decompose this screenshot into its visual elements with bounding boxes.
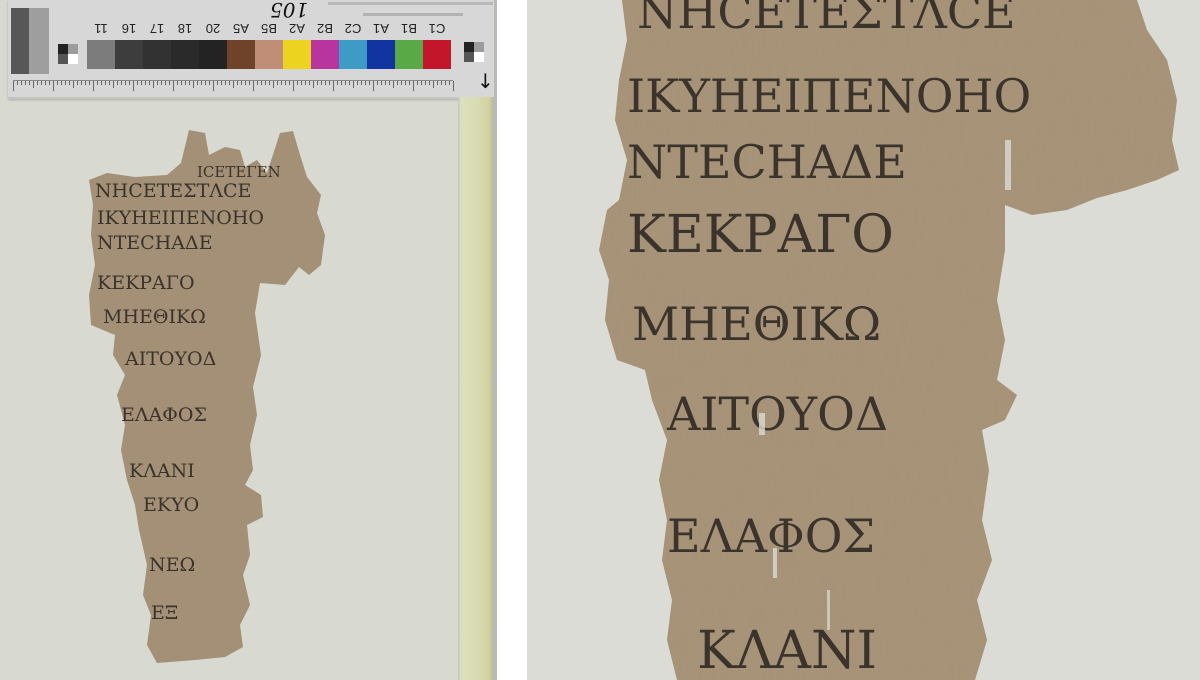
color-patch-16: 16 [115, 40, 143, 69]
color-patch-label: C1 [423, 21, 451, 36]
card-fine-print [328, 2, 493, 5]
color-patch-label: B5 [255, 21, 283, 36]
gray-scale-strip [11, 8, 49, 74]
svg-text:ΜΗΕΘΙΚΩ: ΜΗΕΘΙΚΩ [632, 297, 881, 351]
svg-text:ΙΚΥΗΕΙΠΕΝΟΗΟ: ΙΚΥΗΕΙΠΕΝΟΗΟ [97, 207, 264, 229]
card-fine-print-2 [363, 13, 463, 16]
color-patch-18: 18 [171, 40, 199, 69]
svg-text:ΝΤΕCΗΑΔΕ: ΝΤΕCΗΑΔΕ [627, 135, 907, 189]
svg-text:ΑΙΤΟΥΟΔ: ΑΙΤΟΥΟΔ [124, 348, 216, 370]
down-arrow-icon: ↓ [477, 71, 494, 91]
color-patch-11: 11 [87, 40, 115, 69]
svg-text:ΝΕΩ: ΝΕΩ [149, 554, 195, 576]
svg-text:ΚΛΑΝΙ: ΚΛΑΝΙ [129, 460, 195, 482]
color-patch-b5: B5 [255, 40, 283, 69]
color-patch-a1: A1 [367, 40, 395, 69]
color-patch-label: A1 [367, 21, 395, 36]
color-patch-label: 17 [143, 21, 171, 36]
registration-square-right [464, 42, 484, 62]
svg-text:ΝΤΕCΗΑΔΕ: ΝΤΕCΗΑΔΕ [97, 232, 213, 254]
svg-text:ΚΕΚΡΑΓΟ: ΚΕΚΡΑΓΟ [627, 205, 894, 265]
color-patch-row: 1116171820A5B5A2B2C2A1B1C1 [87, 40, 451, 69]
papyrus-fragment-small: ΙCΕΤΕΓΕΝ ΝΗCΕΤΕΣΤΛCΕ ΙΚΥΗΕΙΠΕΝΟΗΟ ΝΤΕCΗΑ… [85, 125, 335, 670]
svg-text:ΕΛΑΦΟΣ: ΕΛΑΦΟΣ [667, 509, 875, 563]
panel-edge [494, 0, 497, 680]
color-patch-17: 17 [143, 40, 171, 69]
papyrus-fragment-enlarged: ΝΗCΕΤΕΣΤΛCΕ ΙΚΥΗΕΙΠΕΝΟΗΟ ΝΤΕCΗΑΔΕ ΚΕΚΡΑΓ… [527, 0, 1200, 680]
color-patch-a2: A2 [283, 40, 311, 69]
svg-text:ΕΞ: ΕΞ [151, 602, 178, 624]
color-calibration-card: 105 1116171820A5B5A2B2C2A1B1C1 ↓ [8, 0, 494, 99]
svg-text:ΙΚΥΗΕΙΠΕΝΟΗΟ: ΙΚΥΗΕΙΠΕΝΟΗΟ [627, 69, 1031, 123]
svg-text:ΝΗCΕΤΕΣΤΛCΕ: ΝΗCΕΤΕΣΤΛCΕ [637, 0, 1016, 39]
color-patch-label: B1 [395, 21, 423, 36]
color-patch-label: 11 [87, 21, 115, 36]
color-patch-label: A5 [227, 21, 255, 36]
svg-text:ΜΗΕΘΙΚΩ: ΜΗΕΘΙΚΩ [103, 306, 206, 328]
color-patch-c2: C2 [339, 40, 367, 69]
color-patch-b1: B1 [395, 40, 423, 69]
svg-text:ΕΛΑΦΟΣ: ΕΛΑΦΟΣ [121, 404, 207, 426]
color-patch-label: 20 [199, 21, 227, 36]
color-patch-label: C2 [339, 21, 367, 36]
color-patch-label: 18 [171, 21, 199, 36]
full-fragment-view: 105 1116171820A5B5A2B2C2A1B1C1 ↓ ΙCΕΤΕΓΕ… [0, 0, 497, 680]
svg-text:ΙCΕΤΕΓΕΝ: ΙCΕΤΕΓΕΝ [197, 163, 281, 181]
registration-square-left [58, 44, 78, 64]
svg-text:ΚΕΚΡΑΓΟ: ΚΕΚΡΑΓΟ [97, 272, 195, 294]
color-patch-label: A2 [283, 21, 311, 36]
measurement-ruler [13, 80, 453, 93]
svg-text:ΑΙΤΟΥΟΔ: ΑΙΤΟΥΟΔ [666, 387, 888, 441]
color-patch-b2: B2 [311, 40, 339, 69]
color-patch-a5: A5 [227, 40, 255, 69]
color-patch-20: 20 [199, 40, 227, 69]
mounting-strip [458, 97, 494, 680]
svg-text:ΝΗCΕΤΕΣΤΛCΕ: ΝΗCΕΤΕΣΤΛCΕ [95, 180, 251, 202]
enlarged-fragment-view: ΝΗCΕΤΕΣΤΛCΕ ΙΚΥΗΕΙΠΕΝΟΗΟ ΝΤΕCΗΑΔΕ ΚΕΚΡΑΓ… [527, 0, 1200, 680]
svg-text:ΕΚΥΟ: ΕΚΥΟ [143, 494, 199, 516]
color-patch-label: 16 [115, 21, 143, 36]
color-patch-label: B2 [311, 21, 339, 36]
color-patch-c1: C1 [423, 40, 451, 69]
svg-text:ΚΛΑΝΙ: ΚΛΑΝΙ [697, 621, 877, 680]
specimen-number: 105 [270, 0, 308, 22]
